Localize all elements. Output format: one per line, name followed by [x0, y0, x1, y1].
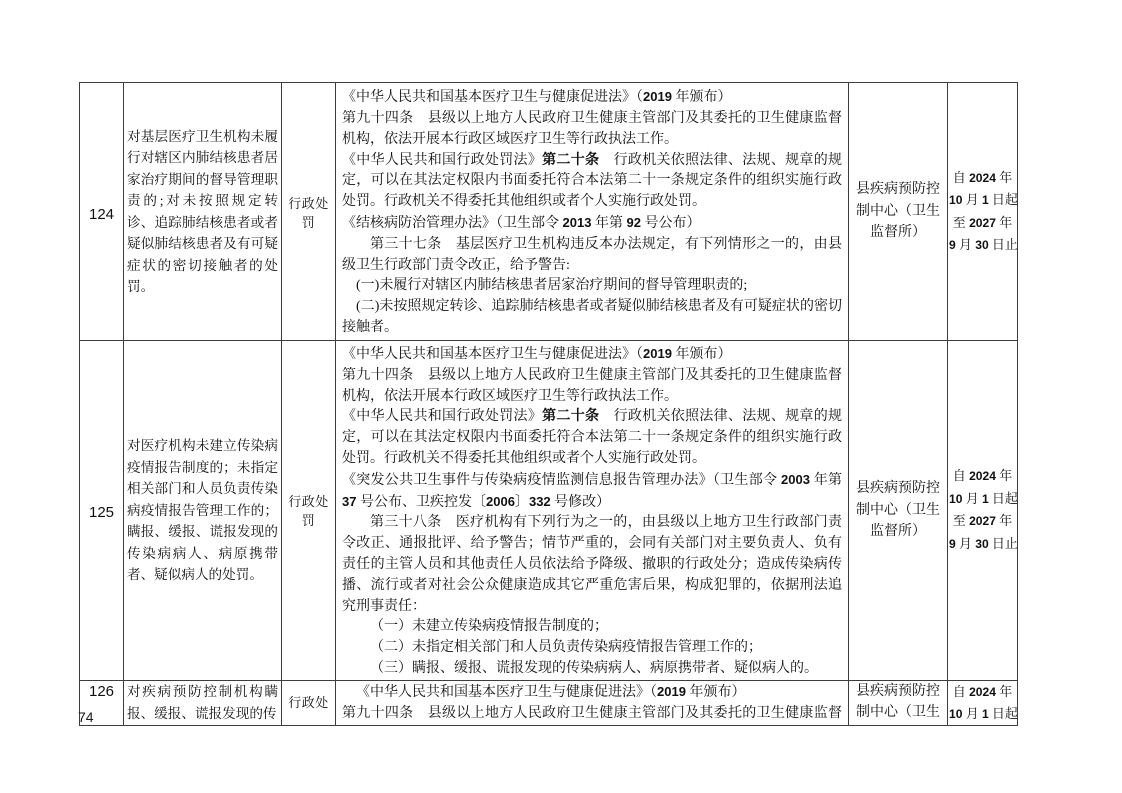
- legal-basis-text: 《中华人民共和国基本医疗卫生与健康促进法》（2019 年颁布）第九十四条 县级以…: [336, 341, 848, 680]
- legal-basis-text: 《中华人民共和国基本医疗卫生与健康促进法》（2019 年颁布）第九十四条 县级以…: [336, 681, 848, 725]
- period-line: 9 月 30 日止: [949, 234, 1016, 257]
- basis-paragraph: （一）未建立传染病疫情报告制度的；: [342, 617, 842, 638]
- basis-paragraph: 《中华人民共和国基本医疗卫生与健康促进法》（2019 年颁布）: [342, 682, 842, 704]
- penalty-item-text: 对医疗机构未建立传染病疫情报告制度的；未指定相关部门和人员负责传染病疫情报告管理…: [124, 435, 281, 586]
- basis-paragraph: 《中华人民共和国行政处罚法》第二十条 行政机关依照法律、法规、规章的规定，可以在…: [342, 151, 842, 213]
- penalty-item-cell: 对疾病预防控制机构瞒报、缓报、谎报发现的传: [124, 680, 282, 725]
- table-row-124: 124 对基层医疗卫生机构未履行对辖区内肺结核患者居家治疗期间的督导管理职责的;…: [80, 83, 1018, 341]
- row-number: 124: [80, 201, 123, 223]
- penalty-item-cell: 对基层医疗卫生机构未履行对辖区内肺结核患者居家治疗期间的督导管理职责的;对未按照…: [124, 83, 282, 341]
- period-text: 自 2024 年10 月 1 日起: [948, 681, 1017, 725]
- authority-cell: 县疾病预防控制中心（卫生监: [849, 680, 948, 725]
- basis-paragraph: （二）未指定相关部门和人员负责传染病疫情报告管理工作的；: [342, 638, 842, 659]
- table-row-125: 125 对医疗机构未建立传染病疫情报告制度的；未指定相关部门和人员负责传染病疫情…: [80, 341, 1018, 681]
- penalty-item-text: 对基层医疗卫生机构未履行对辖区内肺结核患者居家治疗期间的督导管理职责的;对未按照…: [124, 126, 281, 298]
- period-text: 自 2024 年10 月 1 日起至 2027 年9 月 30 日止: [948, 167, 1017, 257]
- period-line: 自 2024 年: [949, 167, 1016, 190]
- authority-text: 县疾病预防控制中心（卫生监督所）: [849, 179, 947, 244]
- table-row-126: 126 对疾病预防控制机构瞒报、缓报、谎报发现的传 行政处罚 《中华人民共和国基…: [80, 680, 1018, 725]
- penalty-type-text: 行政处罚: [282, 193, 335, 231]
- period-line: 9 月 30 日止: [949, 533, 1016, 556]
- period-line: 10 月 1 日起: [949, 189, 1016, 212]
- basis-paragraph: 《中华人民共和国基本医疗卫生与健康促进法》（2019 年颁布）: [342, 87, 842, 109]
- basis-paragraph: 第九十四条 县级以上地方人民政府卫生健康主管部门及其委托的卫生健康监督机构，依法…: [342, 366, 842, 408]
- period-cell: 自 2024 年10 月 1 日起至 2027 年9 月 30 日止: [948, 341, 1018, 681]
- basis-paragraph: 第九十四条 县级以上地方人民政府卫生健康主管部门及其委托的卫生健康监督机构，依法…: [342, 109, 842, 151]
- table-body: 124 对基层医疗卫生机构未履行对辖区内肺结核患者居家治疗期间的督导管理职责的;…: [80, 83, 1018, 726]
- basis-paragraph: （三）瞒报、缓报、谎报发现的传染病病人、病原携带者、疑似病人的。: [342, 659, 842, 680]
- authority-text: 县疾病预防控制中心（卫生监: [849, 681, 947, 725]
- penalty-type-cell: 行政处罚: [282, 341, 336, 681]
- penalty-type-text: 行政处罚: [288, 695, 329, 725]
- row-number: 125: [80, 499, 123, 521]
- row-number-cell: 124: [80, 83, 124, 341]
- basis-paragraph: (二)未按照规定转诊、追踪肺结核患者或者疑似肺结核患者及有可疑症状的密切接触者。: [342, 297, 842, 339]
- basis-paragraph: 第三十八条 医疗机构有下列行为之一的，由县级以上地方卫生行政部门责令改正、通报批…: [342, 513, 842, 617]
- row-number-cell: 125: [80, 341, 124, 681]
- period-cell: 自 2024 年10 月 1 日起至 2027 年9 月 30 日止: [948, 83, 1018, 341]
- authority-cell: 县疾病预防控制中心（卫生监督所）: [849, 83, 948, 341]
- legal-basis-text: 《中华人民共和国基本医疗卫生与健康促进法》（2019 年颁布）第九十四条 县级以…: [336, 84, 848, 339]
- row-number: 126: [80, 681, 123, 700]
- legal-basis-cell: 《中华人民共和国基本医疗卫生与健康促进法》（2019 年颁布）第九十四条 县级以…: [336, 680, 849, 725]
- period-line: 10 月 1 日起: [949, 488, 1016, 511]
- basis-paragraph: 第九十四条 县级以上地方人民政府卫生健康主管部门及其委托的卫生健康监督机: [342, 704, 842, 725]
- basis-paragraph: 《突发公共卫生事件与传染病疫情监测信息报告管理办法》（卫生部令 2003 年第 …: [342, 470, 842, 514]
- basis-paragraph: 第三十七条 基层医疗卫生机构违反本办法规定，有下列情形之一的，由县级卫生行政部门…: [342, 235, 842, 277]
- period-line: 至 2027 年: [949, 510, 1016, 533]
- penalty-item-text: 对疾病预防控制机构瞒报、缓报、谎报发现的传: [124, 681, 281, 725]
- basis-paragraph: 《结核病防治管理办法》（卫生部令 2013 年第 92 号公布）: [342, 213, 842, 235]
- penalty-item-cell: 对医疗机构未建立传染病疫情报告制度的；未指定相关部门和人员负责传染病疫情报告管理…: [124, 341, 282, 681]
- period-cell: 自 2024 年10 月 1 日起: [948, 680, 1018, 725]
- document-page: 124 对基层医疗卫生机构未履行对辖区内肺结核患者居家治疗期间的督导管理职责的;…: [0, 0, 1122, 793]
- penalty-type-text: 行政处罚: [282, 491, 335, 529]
- legal-basis-cell: 《中华人民共和国基本医疗卫生与健康促进法》（2019 年颁布）第九十四条 县级以…: [336, 341, 849, 681]
- penalty-type-cell: 行政处罚: [282, 83, 336, 341]
- period-line: 自 2024 年: [949, 465, 1016, 488]
- period-line: 至 2027 年: [949, 212, 1016, 235]
- legal-basis-cell: 《中华人民共和国基本医疗卫生与健康促进法》（2019 年颁布）第九十四条 县级以…: [336, 83, 849, 341]
- period-text: 自 2024 年10 月 1 日起至 2027 年9 月 30 日止: [948, 465, 1017, 555]
- authority-cell: 县疾病预防控制中心（卫生监督所）: [849, 341, 948, 681]
- basis-paragraph: 《中华人民共和国基本医疗卫生与健康促进法》（2019 年颁布）: [342, 344, 842, 366]
- period-line: 自 2024 年: [949, 681, 1016, 704]
- regulation-table: 124 对基层医疗卫生机构未履行对辖区内肺结核患者居家治疗期间的督导管理职责的;…: [79, 82, 1018, 726]
- authority-text: 县疾病预防控制中心（卫生监督所）: [849, 478, 947, 543]
- period-line: 10 月 1 日起: [949, 703, 1016, 725]
- page-number: 74: [78, 709, 94, 725]
- penalty-type-cell: 行政处罚: [282, 680, 336, 725]
- basis-paragraph: (一)未履行对辖区内肺结核患者居家治疗期间的督导管理职责的;: [342, 276, 842, 297]
- basis-paragraph: 《中华人民共和国行政处罚法》第二十条 行政机关依照法律、法规、规章的规定，可以在…: [342, 407, 842, 469]
